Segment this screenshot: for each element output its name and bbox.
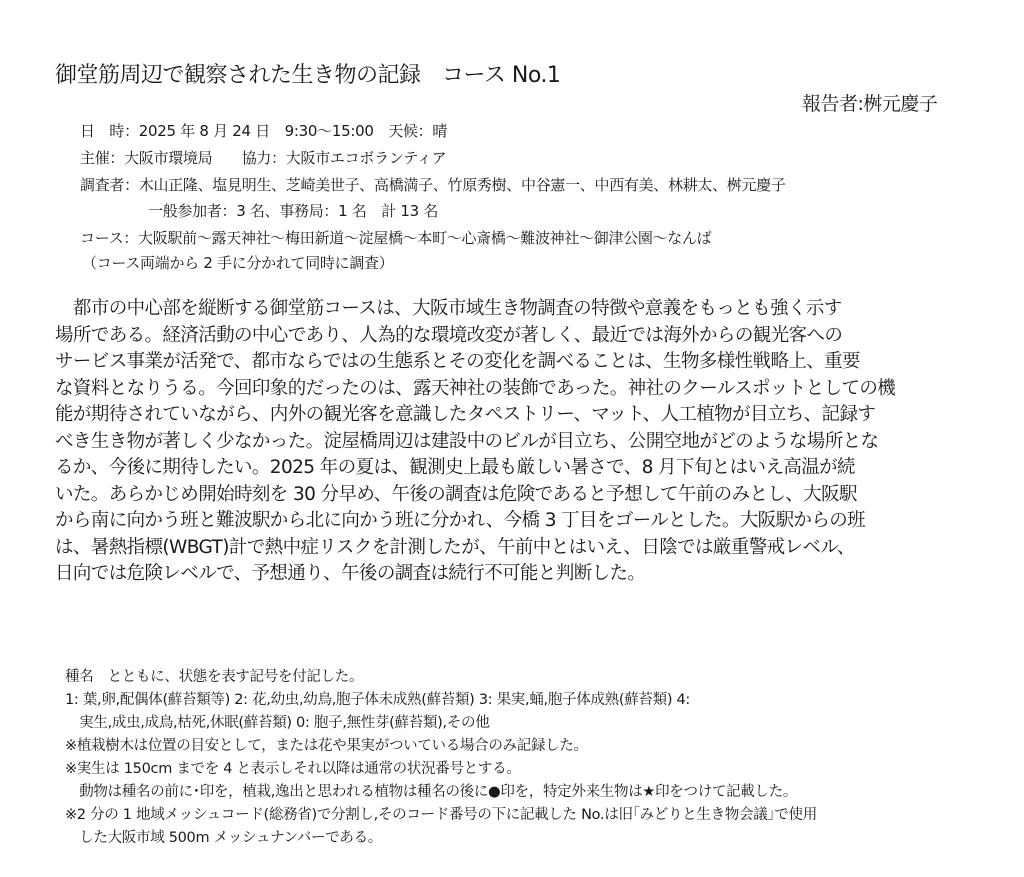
body-line: いた。あらかじめ開始時刻を 30 分早め、午後の調査は危険であると予想して午前の…: [55, 482, 995, 509]
body-line: から南に向かう班と難波駅から北に向かう班に分かれ、今橋 3 丁目をゴールとした。…: [55, 508, 995, 535]
note-line: 実生,成虫,成鳥,枯死,休眠(蘚苔類) 0: 胞子,無性芽(蘚苔類),その他: [65, 711, 489, 732]
body-line: るか、今後に期待したい。2025 年の夏は、観測史上最も厳しい暑さで、8 月下旬…: [55, 455, 995, 482]
note-line: 動物は種名の前に･印を，植栽,逸出と思われる植物は種名の後に●印を，特定外来生物…: [65, 780, 797, 801]
document-title: 御堂筋周辺で観察された生き物の記録 コース No.1: [55, 58, 560, 89]
body-line: サービス事業が活発で、都市ならではの生態系とその変化を調べることは、生物多様性戦…: [55, 349, 995, 376]
survey-surveyors: 調査者：木山正隆、塩見明生、芝崎美世子、高橋満子、竹原秀樹、中谷憲一、中西有美、…: [80, 175, 786, 195]
body-line: 場所である。経済活動の中心であり、人為的な環境改変が著しく、最近では海外からの観…: [55, 323, 995, 350]
note-line: ※2 分の 1 地域メッシュコード(総務省)で分割し,そのコード番号の下に記載し…: [65, 803, 817, 824]
note-line: 種名 とともに、状態を表す記号を付記した。: [65, 665, 363, 686]
body-paragraph: 都市の中心部を縦断する御堂筋コースは、大阪市域生き物調査の特徴や意義をもっとも強…: [55, 296, 995, 588]
body-line: 能が期待されていながら、内外の観光客を意識したタペストリー、マット、人工植物が目…: [55, 402, 995, 429]
survey-organizer: 主催：大阪市環境局 協力：大阪市エコボランティア: [80, 148, 446, 168]
note-line: した大阪市域 500m メッシュナンバーである。: [65, 826, 382, 847]
reporter-name: 報告者:桝元慶子: [802, 89, 937, 116]
body-line: 日向では危険レベルで、予想通り、午後の調査は続行不可能と判断した。: [55, 561, 995, 588]
body-line: 都市の中心部を縦断する御堂筋コースは、大阪市域生き物調査の特徴や意義をもっとも強…: [55, 296, 995, 323]
survey-course: コース：大阪駅前～露天神社～梅田新道～淀屋橋～本町～心斎橋～難波神社～御津公園～…: [80, 228, 711, 248]
note-line: 1: 葉,卵,配偶体(蘚苔類等) 2: 花,幼虫,幼鳥,胞子体未成熟(蘚苔類) …: [65, 688, 690, 709]
note-line: ※植栽樹木は位置の目安として，または花や果実がついている場合のみ記録した。: [65, 734, 588, 755]
survey-datetime: 日 時：2025 年 8 月 24 日 9:30～15:00 天候：晴: [80, 121, 447, 141]
note-line: ※実生は 150cm までを 4 と表示しそれ以降は通常の状況番号とする。: [65, 757, 520, 778]
body-line: な資料となりうる。今回印象的だったのは、露天神社の装飾であった。神社のクールスポ…: [55, 376, 995, 403]
body-line: は、暑熱指標(WBGT)計で熱中症リスクを計測したが、午前中とはいえ、日陰では厳…: [55, 535, 995, 562]
survey-participants: 一般参加者：3 名、事務局：1 名 計 13 名: [148, 201, 438, 221]
body-line: べき生き物が著しく少なかった。淀屋橋周辺は建設中のビルが目立ち、公開空地がどのよ…: [55, 429, 995, 456]
survey-course-note: （コース両端から 2 手に分かれて同時に調査）: [82, 253, 393, 273]
